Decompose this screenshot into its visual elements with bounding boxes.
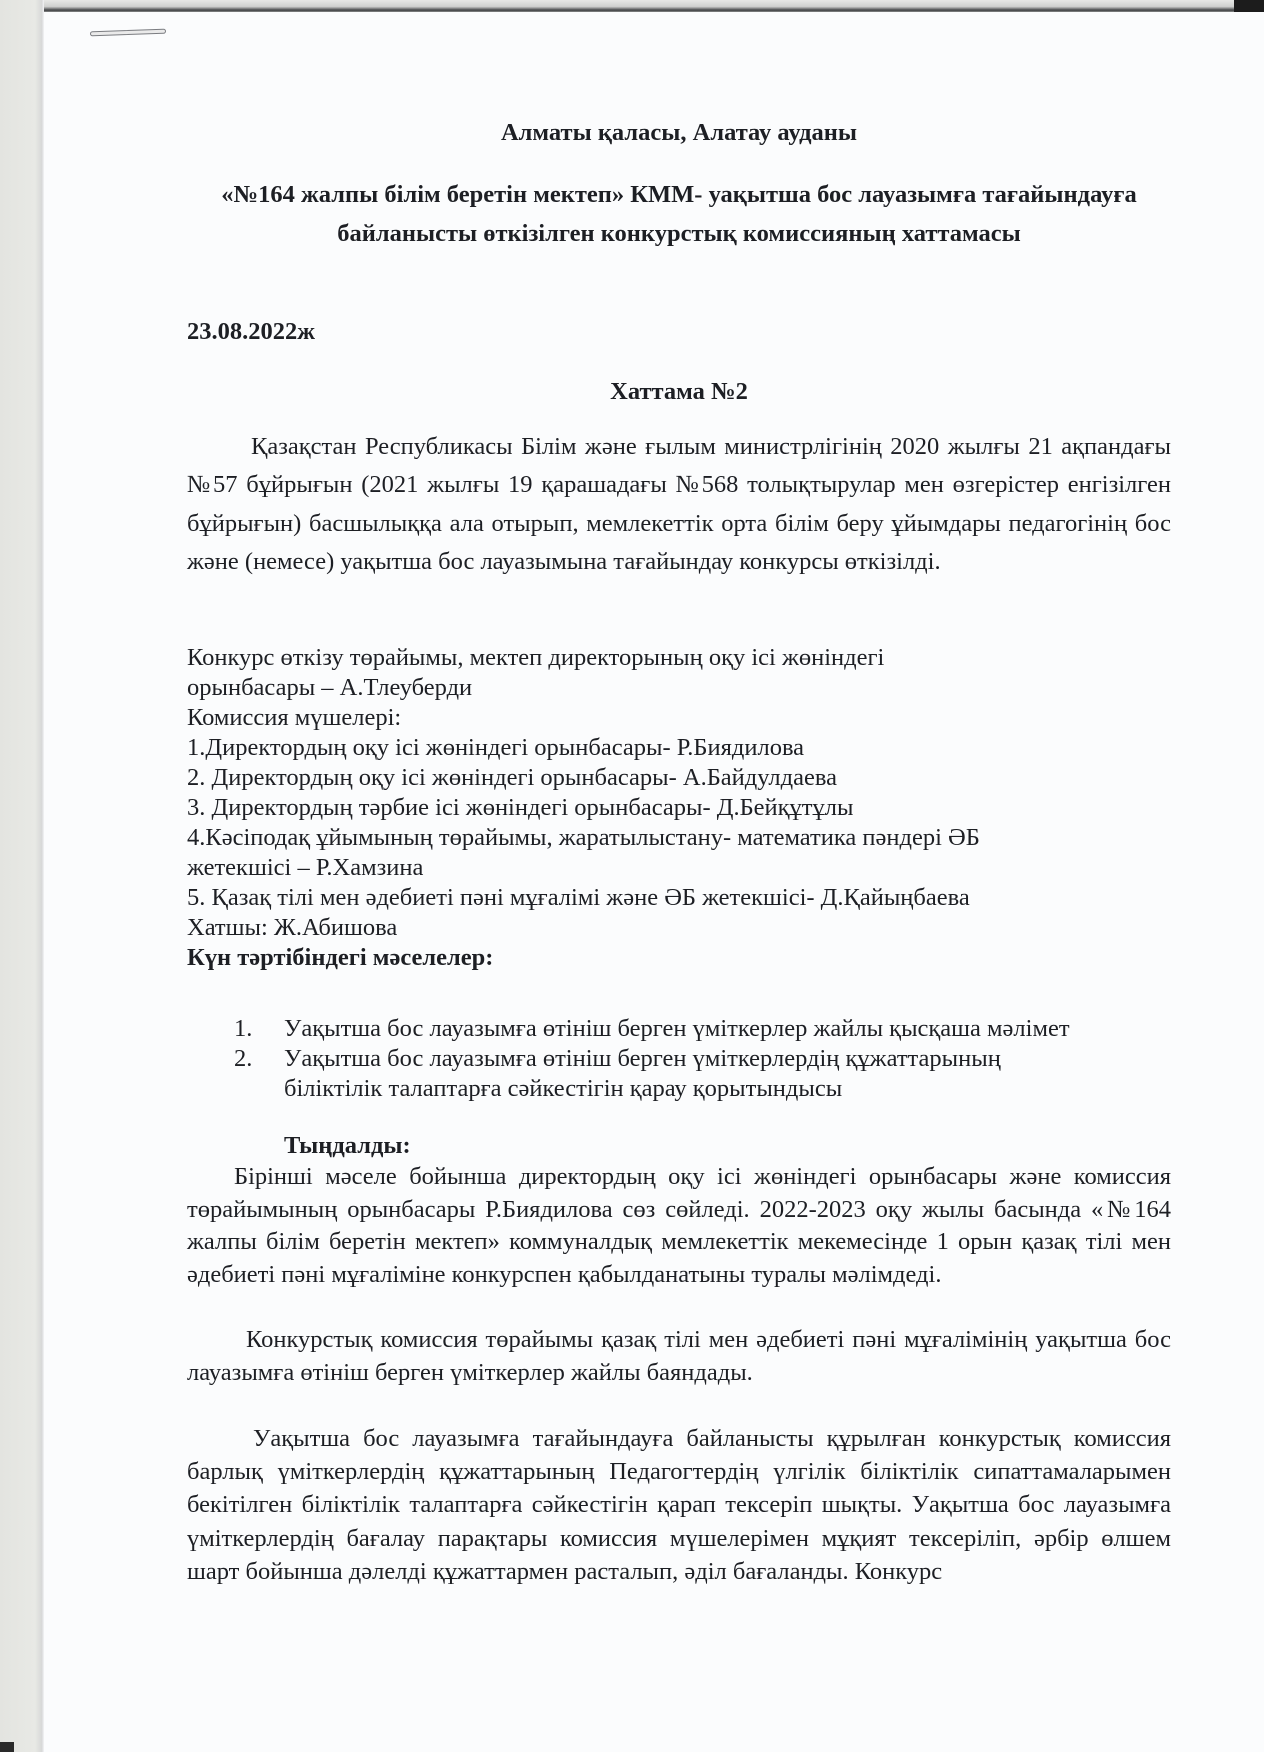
agenda-list: 1. Уақытша бос лауазымға өтініш берген ү…: [187, 1014, 1171, 1104]
member-item: 1.Директордың оқу ісі жөніндегі орынбаса…: [187, 733, 1171, 763]
member-item: жетекшісі – Р.Хамзина: [187, 853, 1171, 883]
member-item: 2. Директордың оқу ісі жөніндегі орынбас…: [187, 763, 1171, 793]
agenda-heading: Күн тәртібіндегі мәселелер:: [187, 943, 1171, 973]
body-paragraph: Уақытша бос лауазымға тағайындауға байла…: [187, 1422, 1171, 1588]
body-paragraph: Бірінші мәселе бойынша директордың оқу і…: [187, 1161, 1171, 1291]
document-date: 23.08.2022ж: [187, 316, 315, 348]
city-district-heading: Алматы қаласы, Алатау ауданы: [187, 117, 1171, 149]
agenda-item: 2. Уақытша бос лауазымға өтініш берген ү…: [187, 1044, 1104, 1104]
scan-corner-shadow: [1234, 0, 1264, 12]
body-paragraph: Конкурстық комиссия төрайымы қазақ тілі …: [187, 1324, 1171, 1389]
agenda-item: 1. Уақытша бос лауазымға өтініш берген ү…: [187, 1014, 1104, 1044]
scan-top-edge: [44, 0, 1264, 12]
staple-mark: [90, 29, 166, 37]
agenda-item-number: 1.: [234, 1014, 252, 1044]
member-item: 4.Кәсіподақ ұйымының төрайымы, жаратылыс…: [187, 823, 1171, 853]
intro-paragraph: Қазақстан Республикасы Білім және ғылым …: [187, 428, 1171, 582]
protocol-number: Хаттама №2: [187, 376, 1171, 408]
chair-line: Конкурс өткізу төрайымы, мектеп директор…: [187, 643, 1171, 673]
agenda-item-text: Уақытша бос лауазымға өтініш берген үміт…: [284, 1045, 1001, 1102]
member-item: 3. Директордың тәрбие ісі жөніндегі орын…: [187, 793, 1171, 823]
chair-line: орынбасары – А.Тлеуберди: [187, 673, 1171, 703]
commission-composition: Конкурс өткізу төрайымы, мектеп директор…: [187, 643, 1171, 973]
member-item: 5. Қазақ тілі мен әдебиеті пәні мұғалімі…: [187, 883, 1171, 913]
members-heading: Комиссия мүшелері:: [187, 703, 1171, 733]
document-title: «№164 жалпы білім беретін мектеп» КММ- у…: [187, 176, 1171, 253]
agenda-item-number: 2.: [234, 1044, 252, 1074]
scan-left-edge: [0, 0, 44, 1752]
secretary-line: Хатшы: Ж.Абишова: [187, 913, 1171, 943]
scan-corner-shadow: [0, 1742, 14, 1752]
heard-heading: Тыңдалды:: [284, 1131, 411, 1161]
agenda-item-text: Уақытша бос лауазымға өтініш берген үміт…: [284, 1015, 1070, 1042]
